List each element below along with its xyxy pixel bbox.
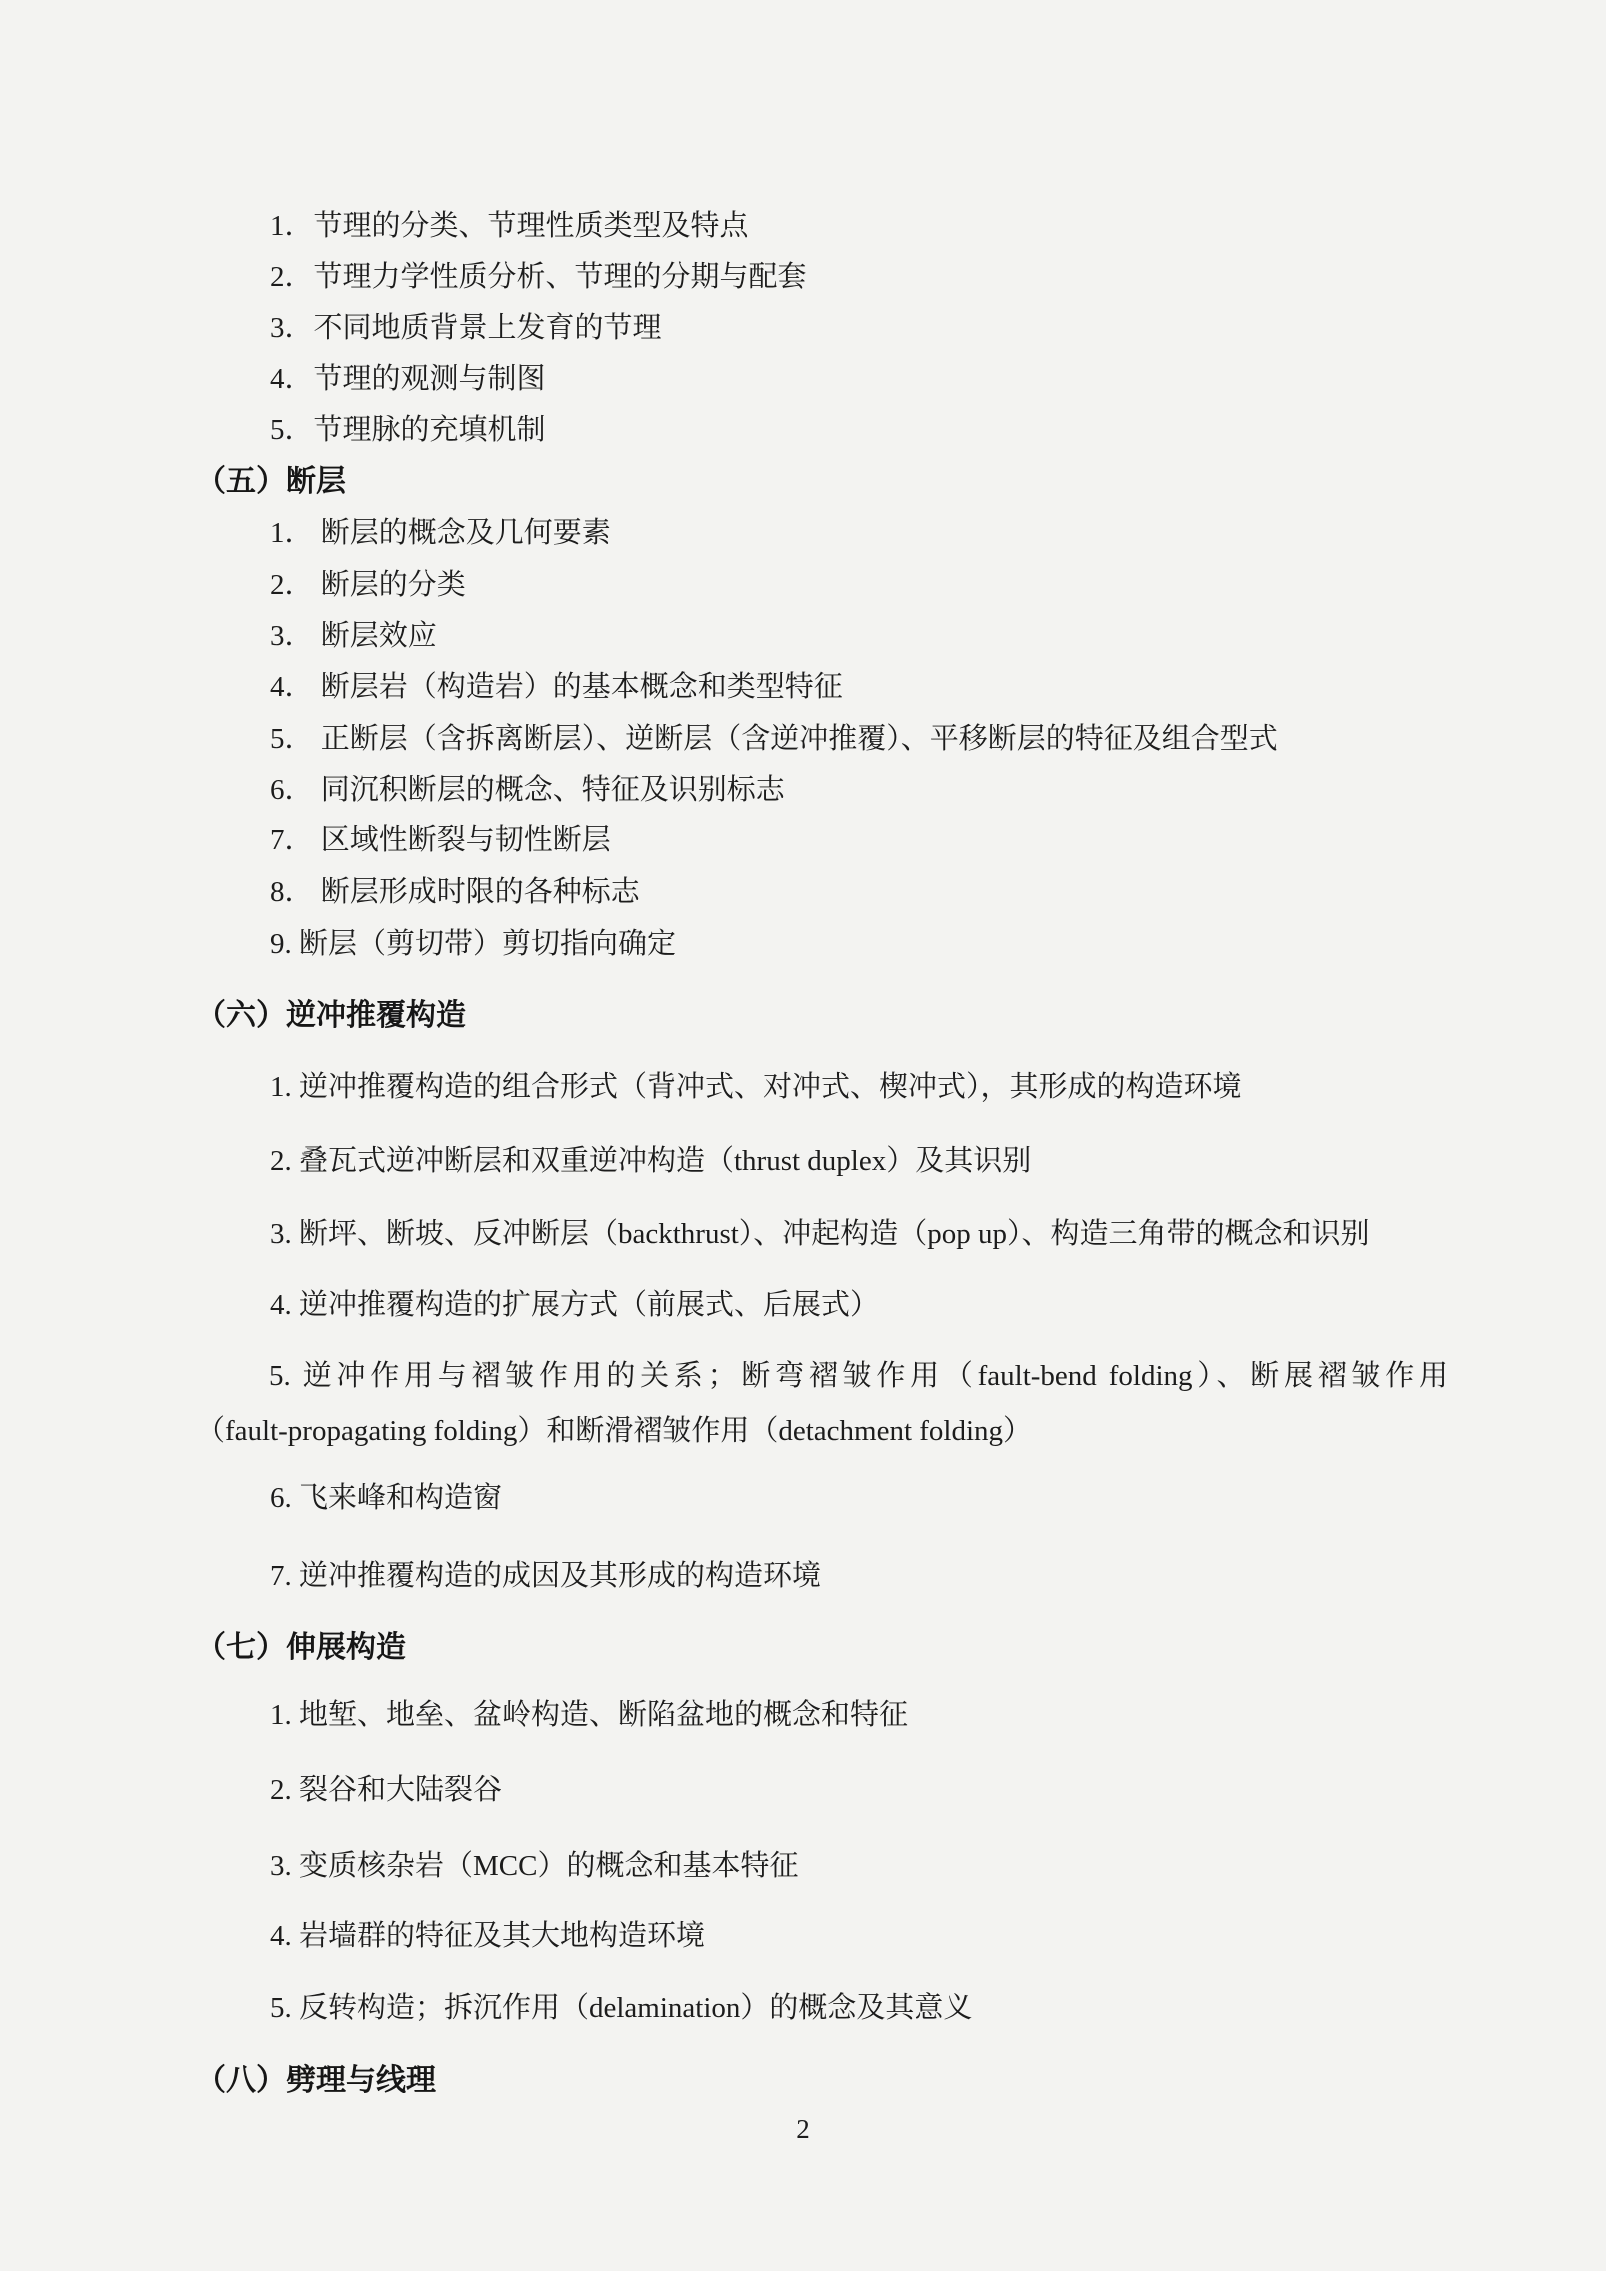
list-item: 4．节理的观测与制图 — [196, 361, 1522, 398]
list-item: 5. 逆冲作用与褶皱作用的关系；断弯褶皱作用（fault-bend foldin… — [196, 1358, 1448, 1395]
list-item-continuation: （fault-propagating folding）和断滑褶皱作用（detac… — [196, 1413, 1448, 1450]
list-item: 1． 断层的概念及几何要素 — [196, 515, 1522, 552]
list-item: 3．不同地质背景上发育的节理 — [196, 310, 1522, 347]
list-item: 4. 岩墙群的特征及其大地构造环境 — [196, 1918, 1522, 1955]
list-item: 4． 断层岩（构造岩）的基本概念和类型特征 — [196, 669, 1522, 706]
list-item: 4. 逆冲推覆构造的扩展方式（前展式、后展式） — [196, 1287, 1522, 1324]
list-item: 1. 地堑、地垒、盆岭构造、断陷盆地的概念和特征 — [196, 1697, 1522, 1734]
section-heading-thrust-nappe: （六）逆冲推覆构造 — [196, 997, 1448, 1034]
list-item: 5. 反转构造；拆沉作用（delamination）的概念及其意义 — [196, 1990, 1522, 2027]
list-item: 5． 正断层（含拆离断层）、逆断层（含逆冲推覆）、平移断层的特征及组合型式 — [196, 721, 1522, 758]
section-heading-extensional: （七）伸展构造 — [196, 1629, 1448, 1666]
list-item: 6． 同沉积断层的概念、特征及识别标志 — [196, 772, 1522, 809]
list-item: 2．节理力学性质分析、节理的分期与配套 — [196, 259, 1522, 296]
list-item: 7. 逆冲推覆构造的成因及其形成的构造环境 — [196, 1558, 1522, 1595]
list-item: 6. 飞来峰和构造窗 — [196, 1480, 1522, 1517]
list-item: 7． 区域性断裂与韧性断层 — [196, 822, 1522, 859]
list-item: 8． 断层形成时限的各种标志 — [196, 874, 1522, 911]
section-heading-cleavage-lineation: （八）劈理与线理 — [196, 2062, 1448, 2099]
list-item: 2. 叠瓦式逆冲断层和双重逆冲构造（thrust duplex）及其识别 — [196, 1143, 1522, 1180]
list-item: 2． 断层的分类 — [196, 567, 1522, 604]
list-item: 1．节理的分类、节理性质类型及特点 — [196, 208, 1522, 245]
list-item: 3． 断层效应 — [196, 618, 1522, 655]
document-page: 1．节理的分类、节理性质类型及特点 2．节理力学性质分析、节理的分期与配套 3．… — [0, 0, 1606, 2271]
list-item: 1. 逆冲推覆构造的组合形式（背冲式、对冲式、楔冲式），其形成的构造环境 — [196, 1069, 1522, 1106]
list-item: 3. 变质核杂岩（MCC）的概念和基本特征 — [196, 1848, 1522, 1885]
section-heading-faults: （五）断层 — [196, 463, 1448, 500]
list-item: 2. 裂谷和大陆裂谷 — [196, 1772, 1522, 1809]
list-item: 3. 断坪、断坡、反冲断层（backthrust）、冲起构造（pop up）、构… — [196, 1216, 1522, 1253]
list-item: 5．节理脉的充填机制 — [196, 412, 1522, 449]
list-item: 9. 断层（剪切带）剪切指向确定 — [196, 926, 1522, 963]
page-number: 2 — [0, 2112, 1606, 2146]
